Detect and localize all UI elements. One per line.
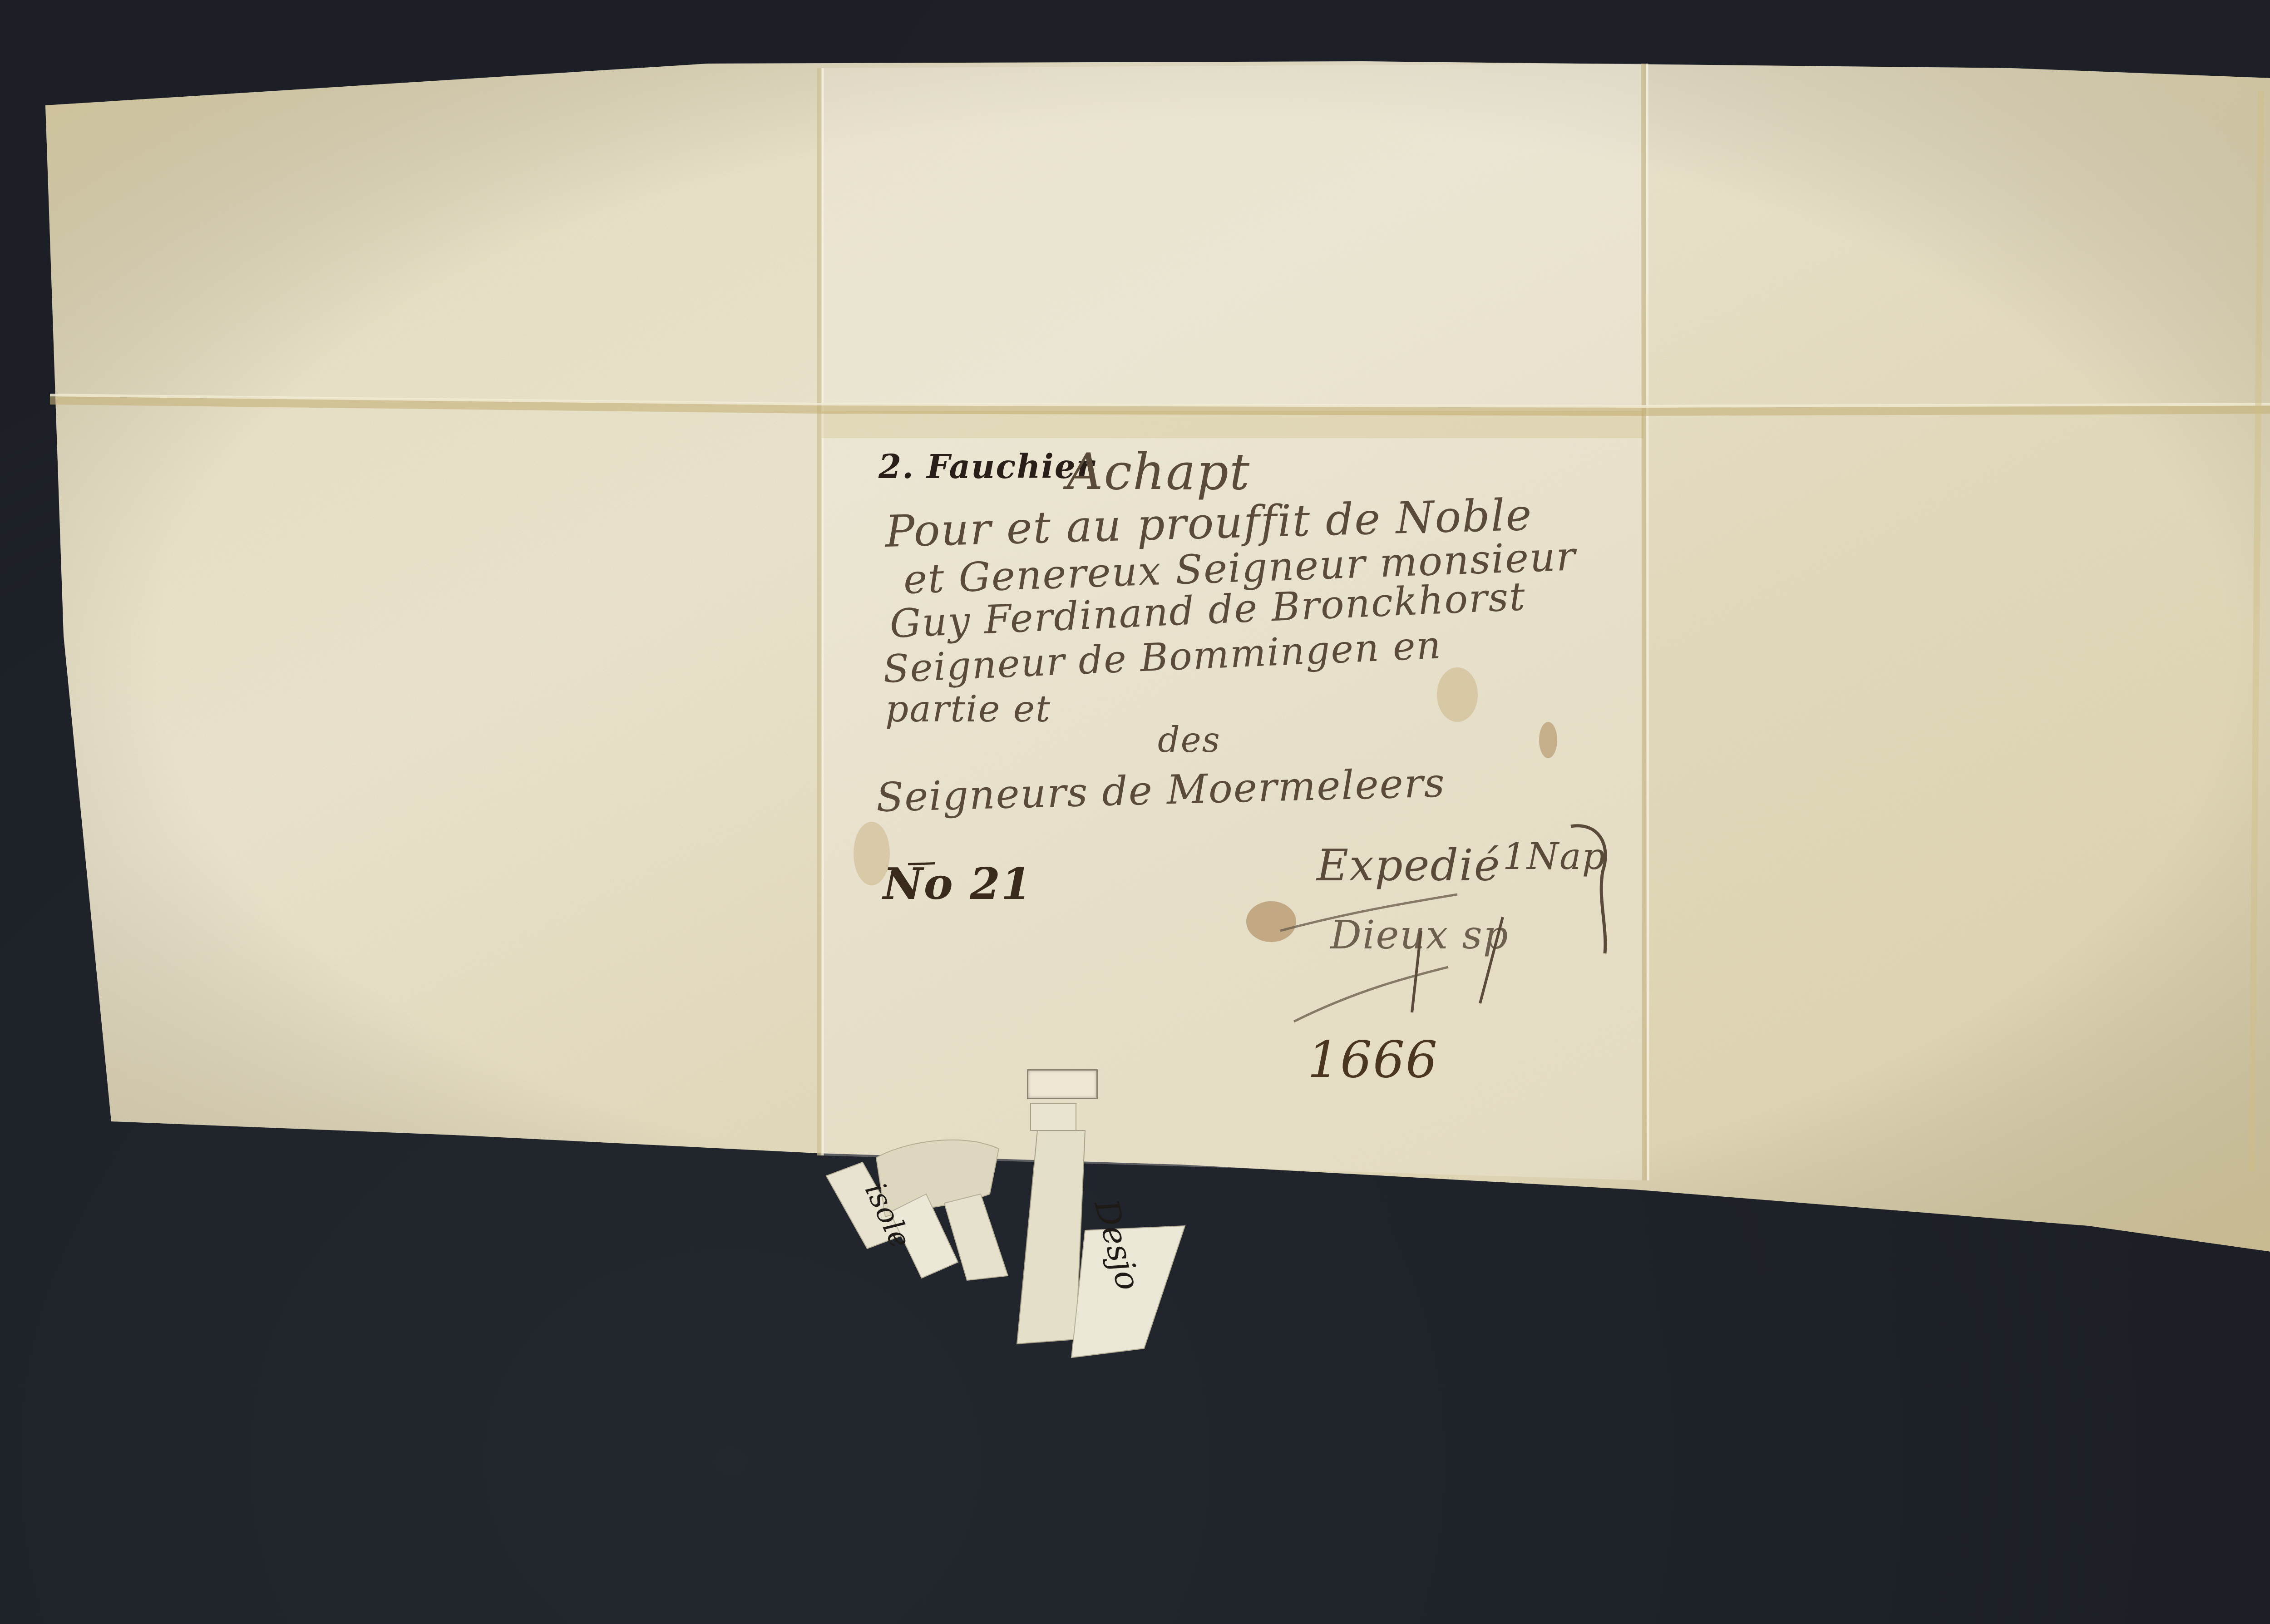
signature-strokes xyxy=(1267,876,1584,1035)
document-title: Achapt xyxy=(1067,443,1250,501)
document-number: No 21 xyxy=(883,858,1032,909)
endorsement-connector: des xyxy=(1158,720,1221,760)
endorsement-line-5: partie et xyxy=(885,688,1051,730)
document-year: 1666 xyxy=(1308,1031,1438,1089)
archive-label: 2. Fauchier xyxy=(878,447,1095,486)
seal-tag-slit xyxy=(1027,1069,1098,1099)
vellum-document: 2. Fauchier Achapt Pour et au prouffit d… xyxy=(0,0,2270,1624)
